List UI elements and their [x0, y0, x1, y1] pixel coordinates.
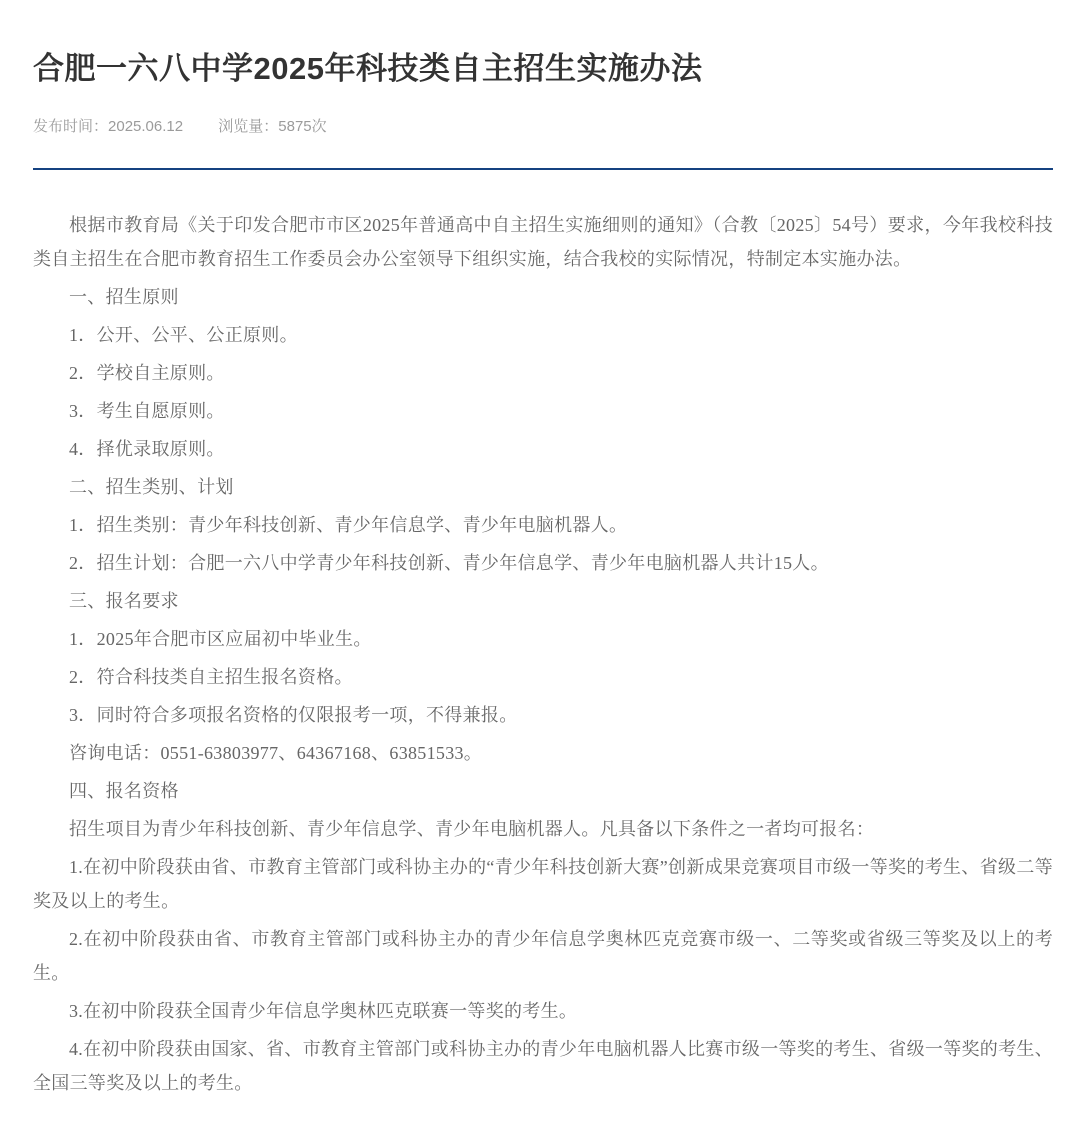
paragraph: 3．同时符合多项报名资格的仅限报考一项，不得兼报。 — [33, 698, 1053, 732]
paragraph: 咨询电话：0551-63803977、64367168、63851533。 — [33, 736, 1053, 770]
paragraph: 2.在初中阶段获由省、市教育主管部门或科协主办的青少年信息学奥林匹克竞赛市级一、… — [33, 922, 1053, 990]
paragraph: 1．2025年合肥市区应届初中毕业生。 — [33, 622, 1053, 656]
publish-time-label: 发布时间： — [33, 118, 108, 135]
paragraph: 1．公开、公平、公正原则。 — [33, 318, 1053, 352]
paragraph: 3.在初中阶段获全国青少年信息学奥林匹克联赛一等奖的考生。 — [33, 994, 1053, 1028]
view-count-value: 5875次 — [278, 118, 326, 135]
paragraph: 2．招生计划：合肥一六八中学青少年科技创新、青少年信息学、青少年电脑机器人共计1… — [33, 546, 1053, 580]
paragraph: 四、报名资格 — [33, 774, 1053, 808]
paragraph: 4．择优录取原则。 — [33, 432, 1053, 466]
paragraph: 三、报名要求 — [33, 584, 1053, 618]
paragraph: 1．招生类别：青少年科技创新、青少年信息学、青少年电脑机器人。 — [33, 508, 1053, 542]
paragraph: 二、招生类别、计划 — [33, 470, 1053, 504]
paragraph: 2．学校自主原则。 — [33, 356, 1053, 390]
view-count-label: 浏览量： — [218, 118, 278, 135]
paragraph: 1.在初中阶段获由省、市教育主管部门或科协主办的“青少年科技创新大赛”创新成果竞… — [33, 850, 1053, 918]
publish-time: 发布时间：2025.06.12 — [33, 117, 183, 137]
paragraph: 一、招生原则 — [33, 280, 1053, 314]
article-body: 根据市教育局《关于印发合肥市市区2025年普通高中自主招生实施细则的通知》（合教… — [33, 208, 1053, 1100]
paragraph: 3．考生自愿原则。 — [33, 394, 1053, 428]
view-count: 浏览量：5875次 — [218, 117, 326, 137]
paragraph: 4.在初中阶段获由国家、省、市教育主管部门或科协主办的青少年电脑机器人比赛市级一… — [33, 1032, 1053, 1100]
title-divider — [33, 168, 1053, 170]
page-title: 合肥一六八中学2025年科技类自主招生实施办法 — [33, 48, 1053, 90]
paragraph: 2．符合科技类自主招生报名资格。 — [33, 660, 1053, 694]
paragraph: 招生项目为青少年科技创新、青少年信息学、青少年电脑机器人。凡具备以下条件之一者均… — [33, 812, 1053, 846]
publish-time-value: 2025.06.12 — [108, 118, 183, 135]
article-page: 合肥一六八中学2025年科技类自主招生实施办法 发布时间：2025.06.12 … — [0, 0, 1086, 1129]
paragraph: 根据市教育局《关于印发合肥市市区2025年普通高中自主招生实施细则的通知》（合教… — [33, 208, 1053, 276]
article-meta: 发布时间：2025.06.12 浏览量：5875次 — [33, 117, 1053, 137]
